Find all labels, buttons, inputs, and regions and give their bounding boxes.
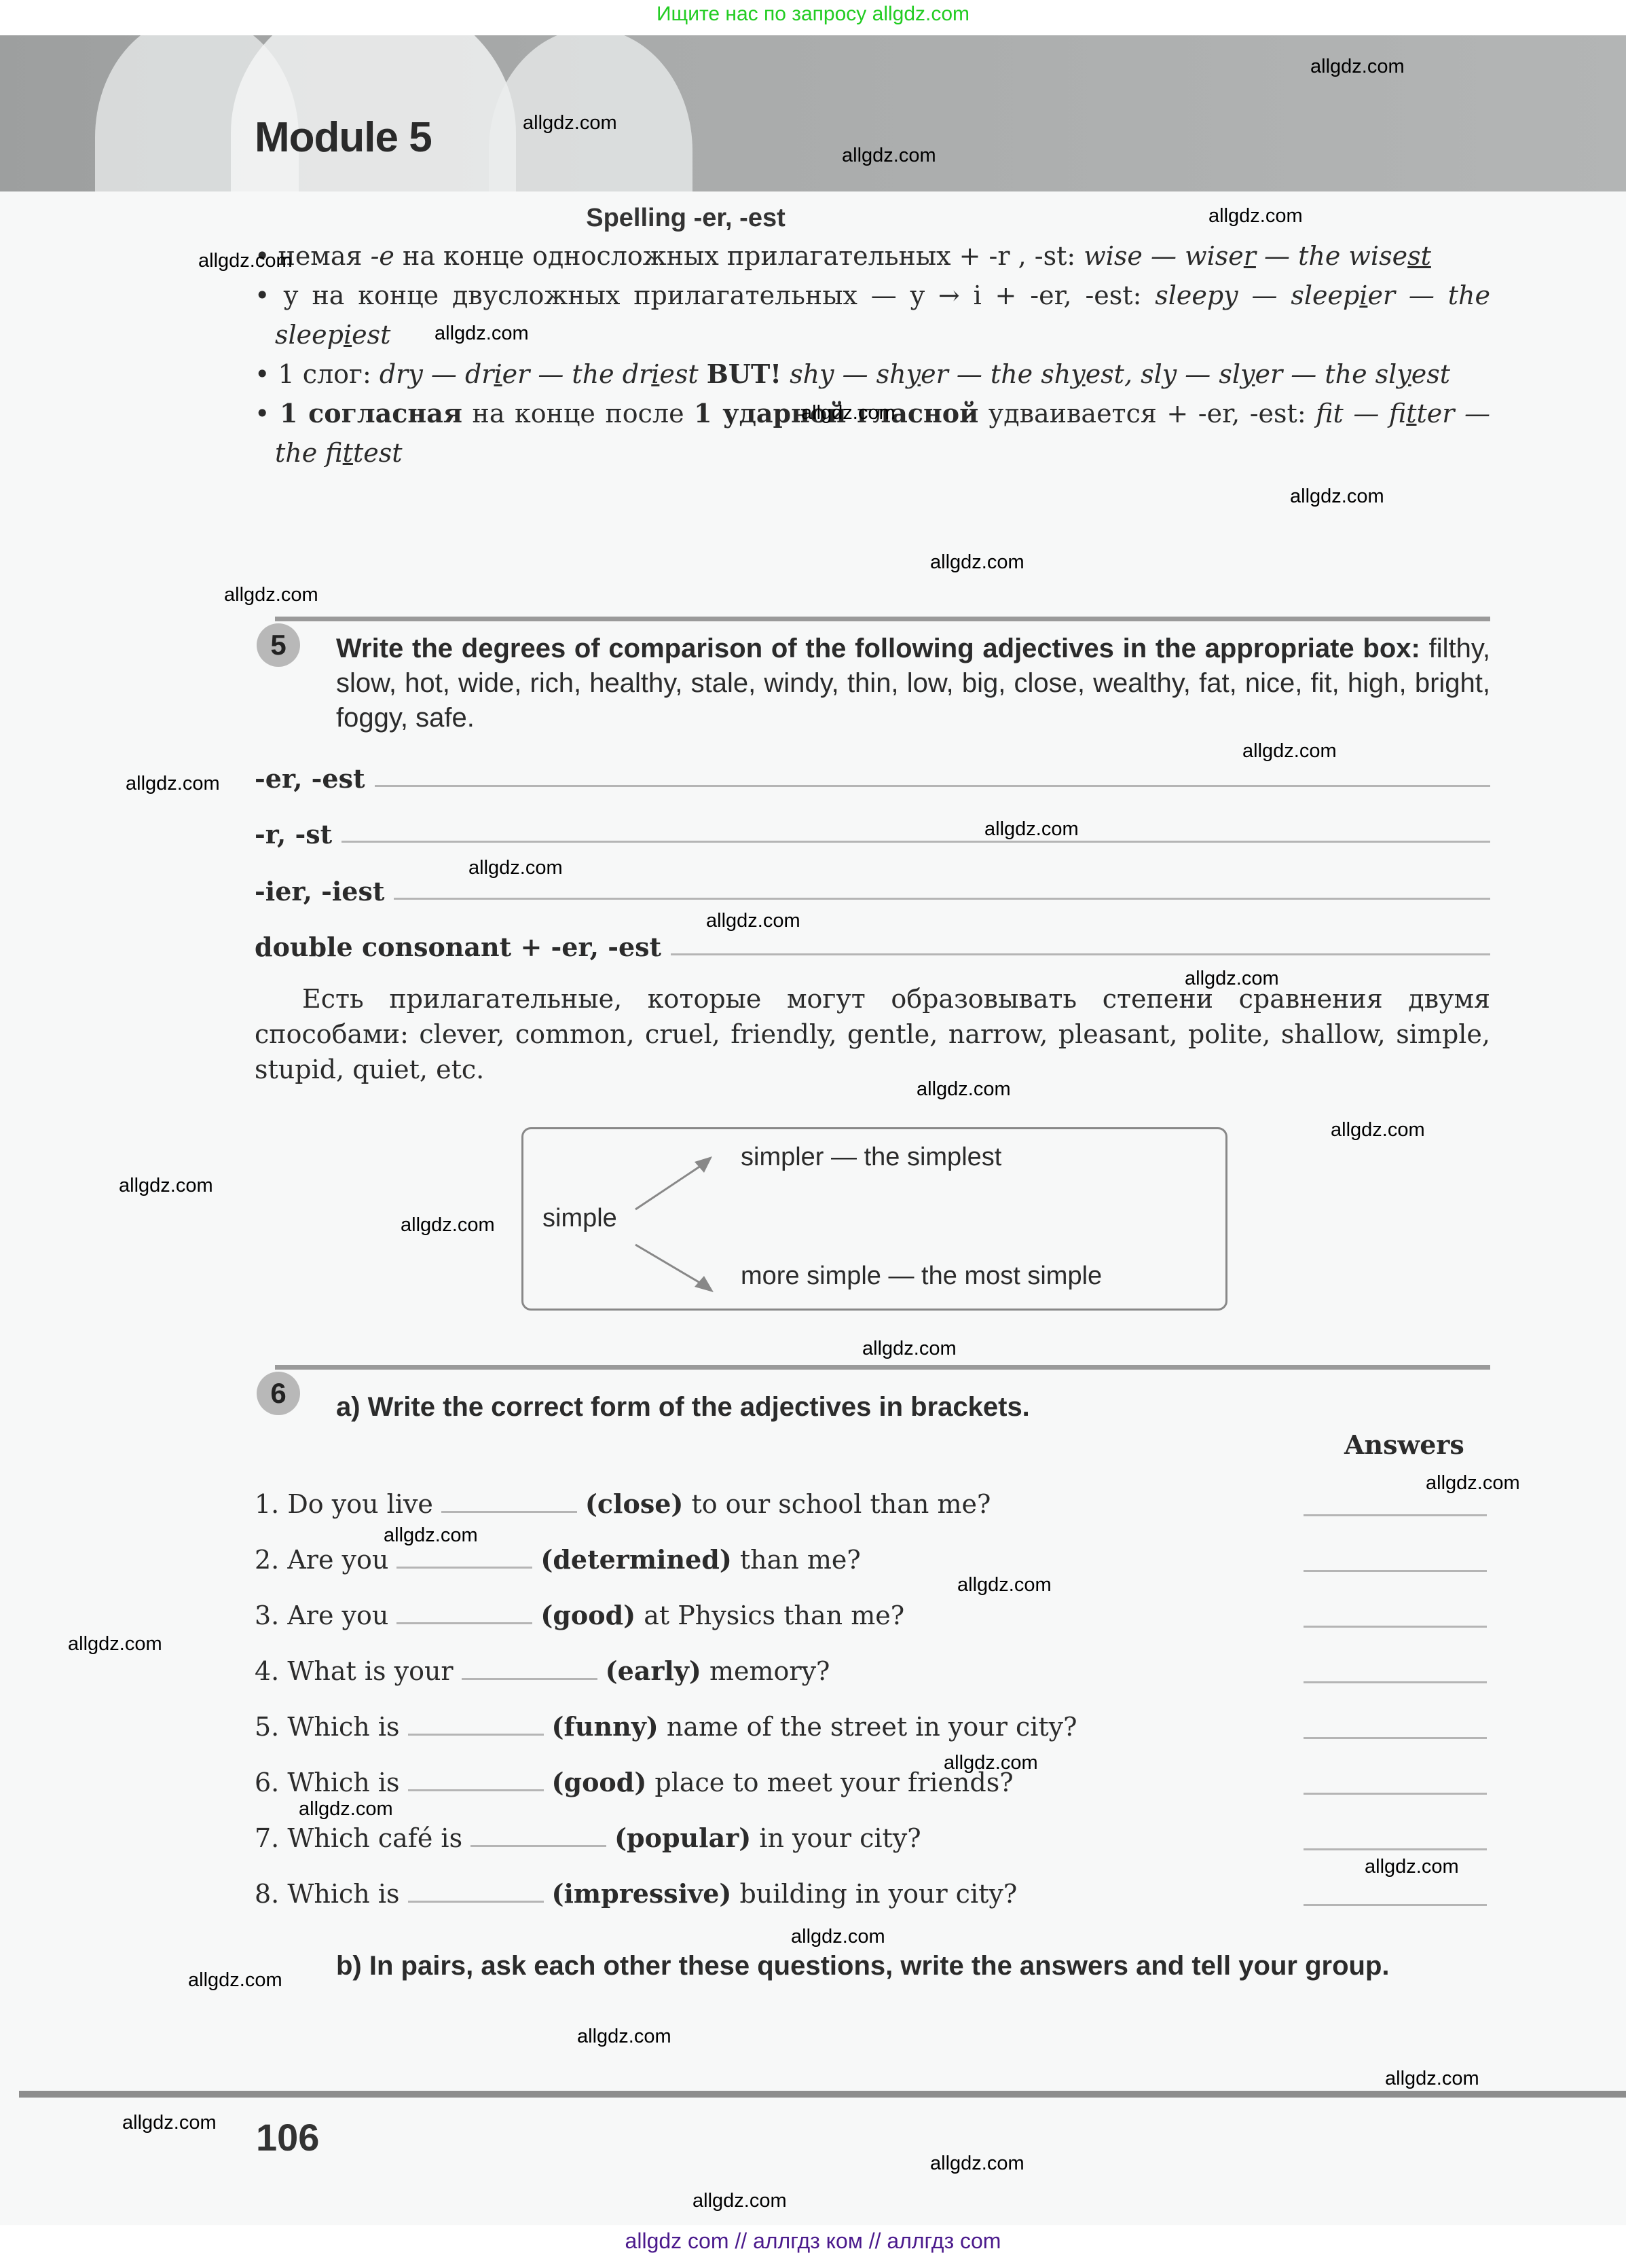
question-item: 7. Which café is(popular) in your city? bbox=[255, 1823, 921, 1853]
watermark-text: allgdz.com bbox=[1208, 205, 1303, 227]
answer-line[interactable] bbox=[671, 953, 1490, 955]
watermark-text: allgdz.com bbox=[930, 2153, 1024, 2175]
watermark-text: allgdz.com bbox=[126, 773, 220, 795]
answer-blank[interactable] bbox=[396, 1567, 532, 1569]
watermark-text: allgdz.com bbox=[401, 1214, 495, 1237]
box-r-st[interactable]: -r, -st bbox=[255, 819, 1490, 849]
footer-divider bbox=[19, 2091, 1626, 2098]
answer-blank[interactable] bbox=[396, 1622, 532, 1624]
watermark-text: allgdz.com bbox=[1185, 968, 1279, 990]
question-item: 2. Are you(determined) than me? bbox=[255, 1544, 861, 1575]
spelling-rule: • 1 слог: dry — drier — the driest BUT! … bbox=[255, 354, 1490, 394]
bottom-banner[interactable]: allgdz com // аллгдз ком // аллгдз com bbox=[0, 2229, 1626, 2254]
answer-blank[interactable] bbox=[408, 1734, 544, 1736]
question-text: 6. Which is bbox=[255, 1768, 400, 1797]
watermark-text: allgdz.com bbox=[188, 1969, 282, 1992]
watermark-text: allgdz.com bbox=[791, 1926, 885, 1948]
answer-blank[interactable] bbox=[408, 1789, 544, 1791]
box-label: -r, -st bbox=[255, 819, 332, 849]
watermark-text: allgdz.com bbox=[468, 857, 563, 879]
question-item: 3. Are you(good) at Physics than me? bbox=[255, 1600, 904, 1630]
watermark-text: allgdz.com bbox=[801, 402, 895, 424]
adjective-hint: (determined) bbox=[540, 1544, 731, 1575]
watermark-text: allgdz.com bbox=[299, 1798, 393, 1821]
watermark-text: allgdz.com bbox=[957, 1574, 1052, 1596]
watermark-text: allgdz.com bbox=[1290, 486, 1384, 508]
answers-column-line[interactable] bbox=[1304, 1681, 1487, 1683]
watermark-text: allgdz.com bbox=[917, 1078, 1011, 1101]
diagram-upper-form: simpler — the simplest bbox=[741, 1143, 1001, 1172]
answer-blank[interactable] bbox=[470, 1845, 606, 1847]
watermark-text: allgdz.com bbox=[692, 2190, 787, 2212]
watermark-text: allgdz.com bbox=[1365, 1856, 1459, 1878]
spelling-rules: • немая -e на конце односложных прилагат… bbox=[255, 236, 1490, 473]
adjective-hint: (impressive) bbox=[552, 1878, 732, 1909]
watermark-text: allgdz.com bbox=[68, 1633, 162, 1656]
exercise-divider bbox=[275, 617, 1490, 621]
module-title: Module 5 bbox=[255, 113, 432, 162]
watermark-text: allgdz.com bbox=[198, 250, 293, 272]
question-text: in your city? bbox=[751, 1823, 921, 1853]
watermark-text: allgdz.com bbox=[1242, 740, 1337, 763]
answer-blank[interactable] bbox=[462, 1678, 597, 1680]
exercise-number-5: 5 bbox=[257, 623, 300, 667]
answer-blank[interactable] bbox=[441, 1511, 577, 1513]
question-item: 4. What is your(early) memory? bbox=[255, 1656, 830, 1686]
question-item: 1. Do you live(close) to our school than… bbox=[255, 1488, 991, 1519]
watermark-text: allgdz.com bbox=[1385, 2068, 1479, 2090]
box-ier-iest[interactable]: -ier, -iest bbox=[255, 876, 1490, 907]
diagram-lower-form: more simple — the most simple bbox=[741, 1262, 1102, 1291]
answers-column-line[interactable] bbox=[1304, 1570, 1487, 1572]
watermark-text: allgdz.com bbox=[119, 1175, 213, 1197]
question-text: 8. Which is bbox=[255, 1879, 400, 1909]
watermark-text: allgdz.com bbox=[842, 145, 936, 167]
adjective-hint: (good) bbox=[552, 1767, 647, 1797]
diagram-base-form: simple bbox=[542, 1204, 617, 1233]
watermark-text: allgdz.com bbox=[984, 818, 1079, 841]
watermark-text: allgdz.com bbox=[1331, 1119, 1425, 1141]
question-item: 5. Which is(funny) name of the street in… bbox=[255, 1711, 1077, 1742]
question-text: to our school than me? bbox=[683, 1489, 991, 1519]
box-double-consonant[interactable]: double consonant + -er, -est bbox=[255, 932, 1490, 962]
box-label: -er, -est bbox=[255, 763, 365, 794]
box-label: -ier, -iest bbox=[255, 876, 384, 907]
exercise-6a-instruction: a) Write the correct form of the adjecti… bbox=[336, 1392, 1030, 1423]
answer-blank[interactable] bbox=[408, 1901, 544, 1903]
question-item: 6. Which is(good) place to meet your fri… bbox=[255, 1767, 1014, 1797]
watermark-text: allgdz.com bbox=[523, 112, 617, 134]
watermark-text: allgdz.com bbox=[1426, 1472, 1520, 1495]
question-item: 8. Which is(impressive) building in your… bbox=[255, 1878, 1017, 1909]
watermark-text: allgdz.com bbox=[224, 584, 318, 606]
top-banner[interactable]: Ищите нас по запросу allgdz.com bbox=[0, 3, 1626, 26]
answers-column-line[interactable] bbox=[1304, 1848, 1487, 1850]
exercise-number-6: 6 bbox=[257, 1372, 300, 1415]
instruction-bold: Write the degrees of comparison of the f… bbox=[336, 634, 1420, 663]
question-text: at Physics than me? bbox=[635, 1601, 904, 1630]
box-er-est[interactable]: -er, -est bbox=[255, 763, 1490, 794]
question-text: name of the street in your city? bbox=[659, 1712, 1077, 1742]
question-text: 1. Do you live bbox=[255, 1489, 433, 1519]
question-text: building in your city? bbox=[731, 1879, 1017, 1909]
answers-column-line[interactable] bbox=[1304, 1737, 1487, 1739]
comparison-diagram: simple simpler — the simplest more simpl… bbox=[521, 1127, 1227, 1311]
answer-line[interactable] bbox=[394, 898, 1490, 900]
exercise-divider bbox=[275, 1365, 1490, 1370]
page-number: 106 bbox=[256, 2115, 319, 2159]
spelling-title: Spelling -er, -est bbox=[0, 204, 1371, 233]
adjective-hint: (early) bbox=[606, 1656, 701, 1686]
watermark-text: allgdz.com bbox=[930, 551, 1024, 574]
adjective-hint: (good) bbox=[540, 1600, 635, 1630]
answers-column-line[interactable] bbox=[1304, 1514, 1487, 1516]
answers-label: Answers bbox=[1344, 1429, 1464, 1460]
spelling-rule: • немая -e на конце односложных прилагат… bbox=[255, 236, 1490, 276]
adjective-hint: (close) bbox=[585, 1488, 683, 1519]
question-text: 2. Are you bbox=[255, 1545, 388, 1575]
watermark-text: allgdz.com bbox=[577, 2026, 671, 2048]
answer-line[interactable] bbox=[341, 841, 1490, 843]
question-text: 3. Are you bbox=[255, 1601, 388, 1630]
watermark-text: allgdz.com bbox=[944, 1752, 1038, 1774]
question-text: than me? bbox=[732, 1545, 861, 1575]
exercise-6b-instruction: b) In pairs, ask each other these questi… bbox=[336, 1949, 1490, 1983]
question-text: 4. What is your bbox=[255, 1656, 454, 1686]
watermark-text: allgdz.com bbox=[122, 2112, 217, 2134]
answers-column-line[interactable] bbox=[1304, 1793, 1487, 1795]
two-ways-note: Есть прилагательные, которые могут образ… bbox=[255, 981, 1490, 1087]
answer-line[interactable] bbox=[375, 785, 1490, 787]
answers-column-line[interactable] bbox=[1304, 1904, 1487, 1906]
watermark-text: allgdz.com bbox=[1310, 56, 1405, 78]
watermark-text: allgdz.com bbox=[435, 323, 529, 345]
answers-column-line[interactable] bbox=[1304, 1626, 1487, 1628]
question-text: 5. Which is bbox=[255, 1712, 400, 1742]
question-text: memory? bbox=[701, 1656, 830, 1686]
adjective-hint: (popular) bbox=[614, 1823, 751, 1853]
exercise-5-instruction: Write the degrees of comparison of the f… bbox=[336, 632, 1490, 735]
box-label: double consonant + -er, -est bbox=[255, 932, 661, 962]
watermark-text: allgdz.com bbox=[862, 1338, 957, 1360]
watermark-text: allgdz.com bbox=[706, 910, 800, 932]
adjective-hint: (funny) bbox=[552, 1711, 659, 1742]
watermark-text: allgdz.com bbox=[384, 1524, 478, 1547]
question-text: 7. Which café is bbox=[255, 1823, 462, 1853]
